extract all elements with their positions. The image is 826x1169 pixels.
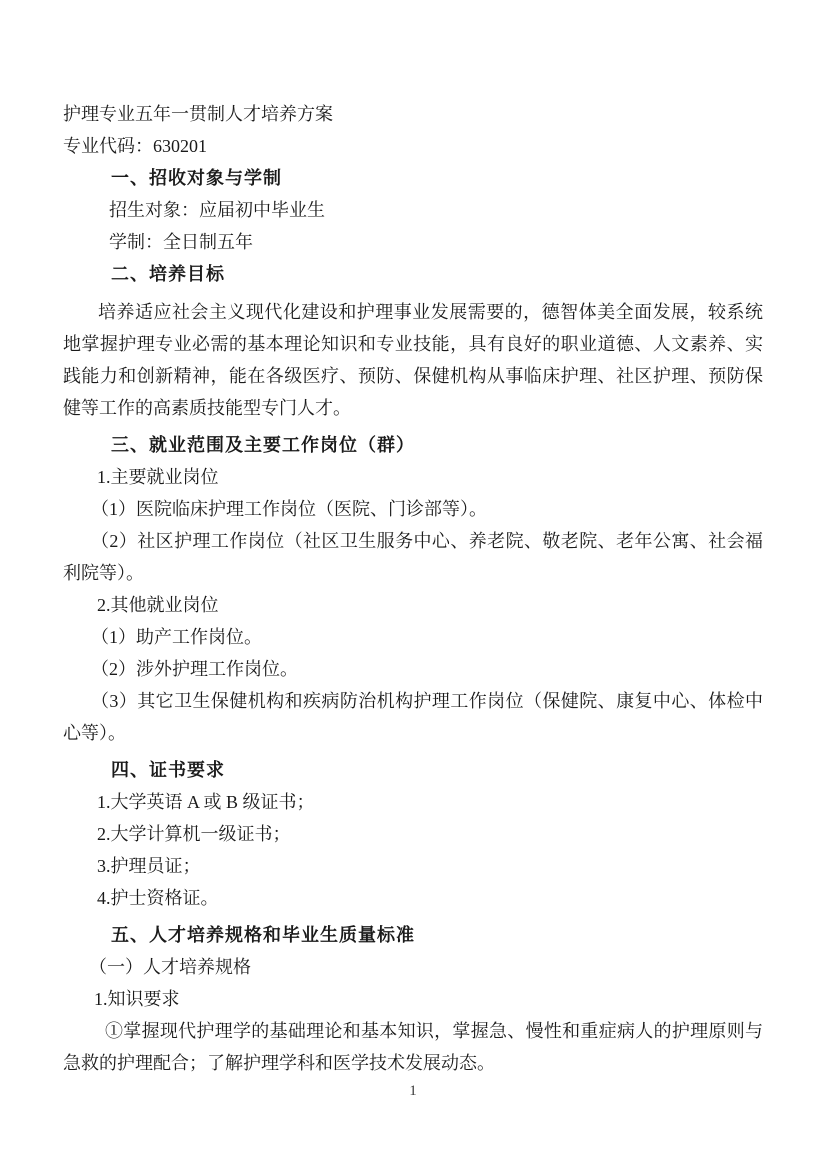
foreign-nursing-job-item: （2）涉外护理工作岗位。: [63, 653, 763, 685]
schooling-length-line: 学制：全日制五年: [63, 226, 763, 258]
midwifery-job-item: （1）助产工作岗位。: [63, 621, 763, 653]
other-jobs-label: 2.其他就业岗位: [63, 589, 763, 621]
english-cert-item: 1.大学英语 A 或 B 级证书；: [63, 786, 763, 818]
document-page: 护理专业五年一贯制人才培养方案 专业代码：630201 一、招收对象与学制 招生…: [0, 0, 826, 1169]
nurse-aide-cert-item: 3.护理员证；: [63, 850, 763, 882]
document-title: 护理专业五年一贯制人才培养方案: [63, 98, 763, 130]
hospital-job-item: （1）医院临床护理工作岗位（医院、门诊部等）。: [63, 493, 763, 525]
page-number: 1: [0, 1083, 826, 1100]
knowledge-requirement-paragraph: ①掌握现代护理学的基础理论和基本知识，掌握急、慢性和重症病人的护理原则与急救的护…: [63, 1015, 763, 1079]
computer-cert-item: 2.大学计算机一级证书；: [63, 818, 763, 850]
section-5-heading: 五、人才培养规格和毕业生质量标准: [63, 919, 763, 951]
enrollment-target-line: 招生对象：应届初中毕业生: [63, 194, 763, 226]
other-health-org-job-item: （3）其它卫生保健机构和疾病防治机构护理工作岗位（保健院、康复中心、体检中心等）…: [63, 685, 763, 749]
training-objective-paragraph: 培养适应社会主义现代化建设和护理事业发展需要的，德智体美全面发展，较系统地掌握护…: [63, 296, 763, 424]
section-4-heading: 四、证书要求: [63, 754, 763, 786]
section-1-heading: 一、招收对象与学制: [63, 162, 763, 194]
major-code-line: 专业代码：630201: [63, 130, 763, 162]
section-2-heading: 二、培养目标: [63, 258, 763, 290]
nurse-license-item: 4.护士资格证。: [63, 882, 763, 914]
primary-jobs-label: 1.主要就业岗位: [63, 461, 763, 493]
section-3-heading: 三、就业范围及主要工作岗位（群）: [63, 429, 763, 461]
talent-spec-subheading: （一）人才培养规格: [63, 951, 763, 983]
page-content: 护理专业五年一贯制人才培养方案 专业代码：630201 一、招收对象与学制 招生…: [63, 98, 763, 1079]
community-job-item: （2）社区护理工作岗位（社区卫生服务中心、养老院、敬老院、老年公寓、社会福利院等…: [63, 525, 763, 589]
knowledge-requirement-subheading: 1.知识要求: [63, 983, 763, 1015]
